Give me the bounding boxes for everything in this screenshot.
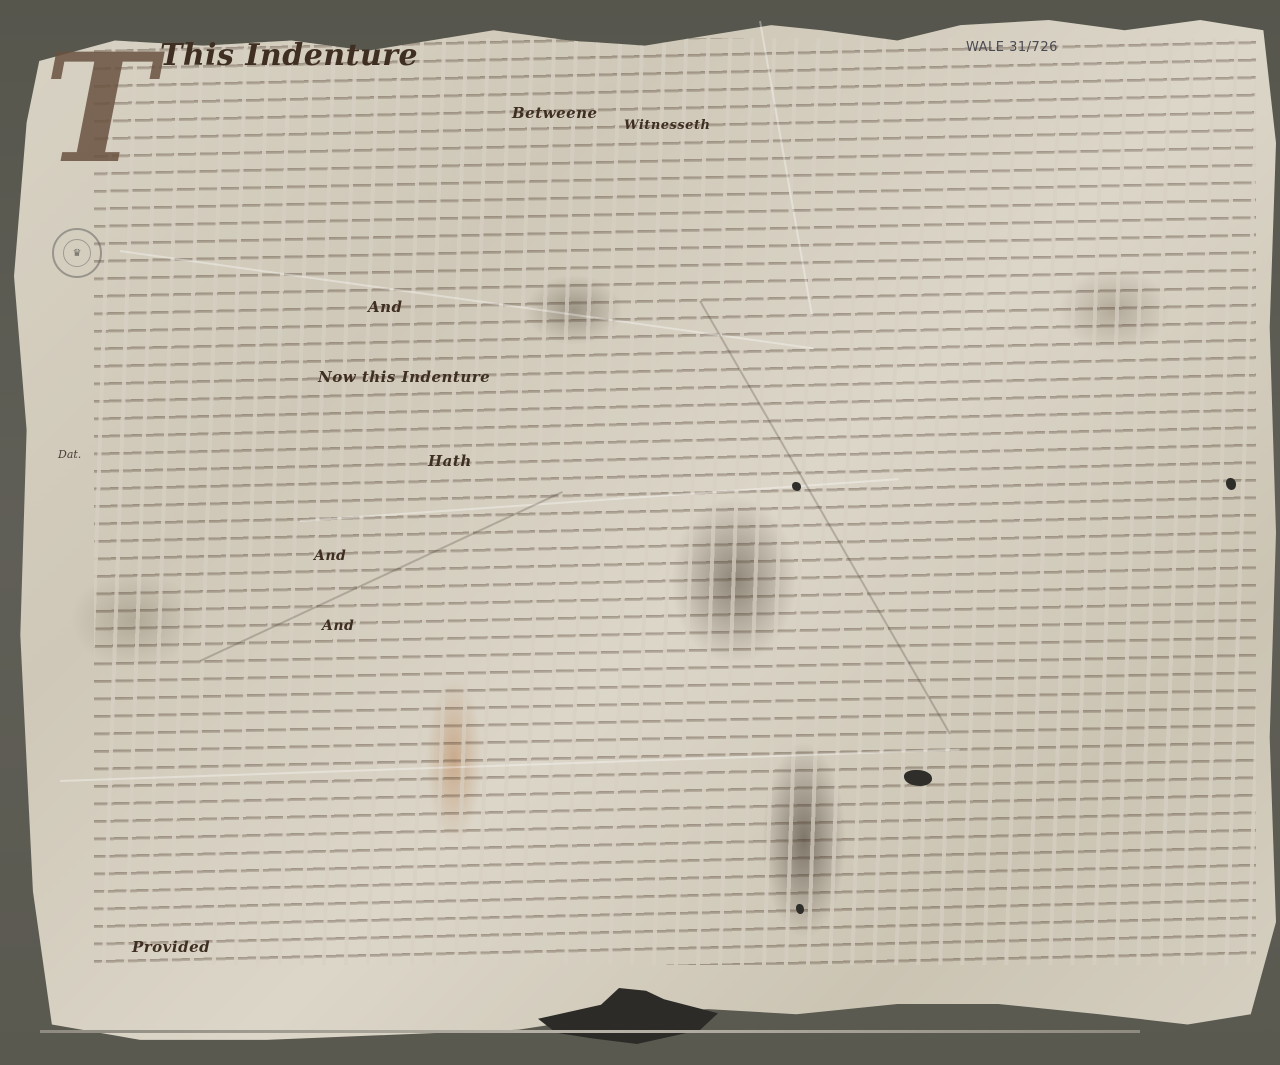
heading-witnesseth: Witnesseth	[624, 118, 710, 133]
archive-reference: WALE 31/726	[966, 40, 1058, 55]
parchment-hole	[792, 482, 801, 491]
heading-betweene: Betweene	[512, 104, 598, 122]
margin-note: Dat.	[58, 448, 81, 461]
crown-seal-icon: ♛	[63, 239, 91, 267]
opening-heading: This Indenture	[160, 38, 418, 73]
parchment-hole	[904, 770, 932, 786]
heading-provided: Provided	[132, 938, 210, 956]
heading-and: And	[368, 298, 403, 316]
heading-and-3: And	[322, 618, 354, 634]
parchment-sheet	[14, 20, 1276, 1045]
scanner-rod	[40, 1030, 1140, 1033]
record-office-stamp: ♛	[52, 228, 102, 278]
parchment-hole	[1226, 478, 1236, 490]
heading-now-this-indenture: Now this Indenture	[318, 368, 490, 386]
handwritten-text-body	[94, 38, 1256, 965]
heading-and-2: And	[314, 548, 346, 564]
parchment-hole	[796, 904, 804, 914]
heading-hath: Hath	[428, 452, 472, 470]
